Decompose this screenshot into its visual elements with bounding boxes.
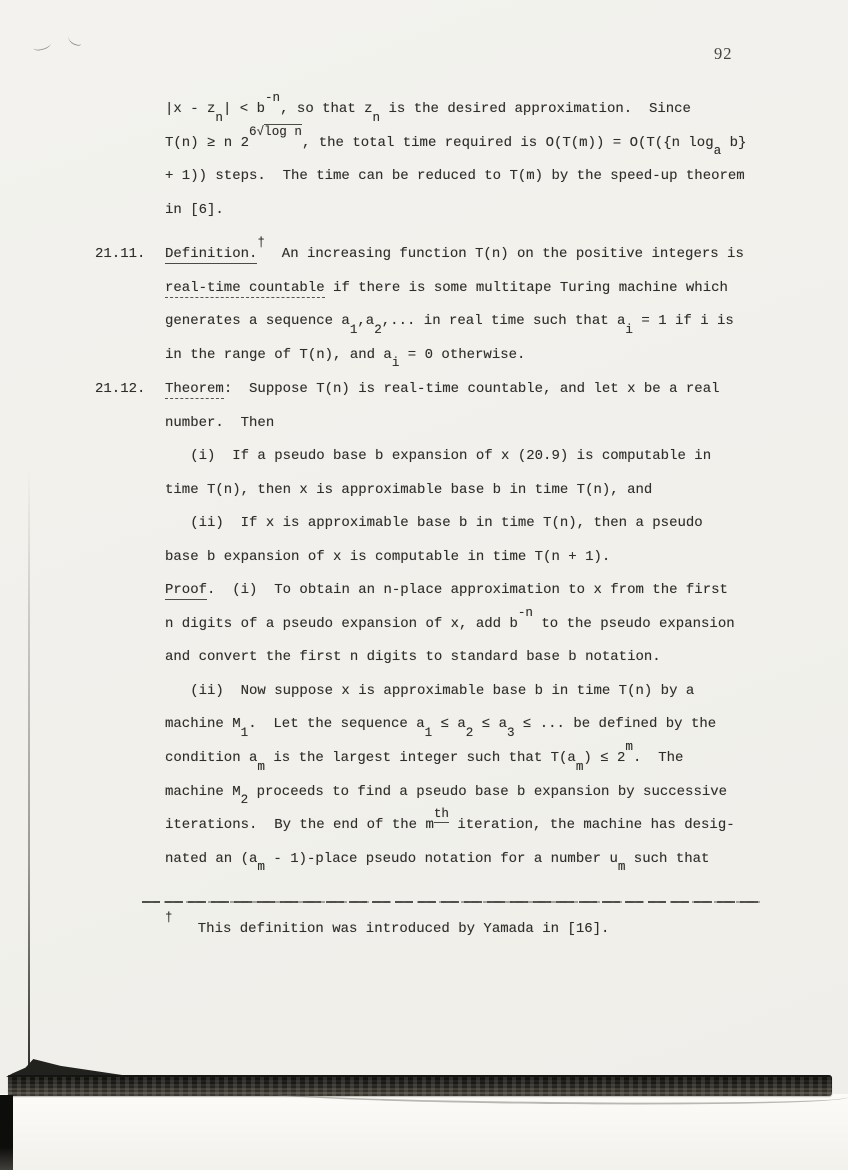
text-line: number. Then: [165, 407, 805, 441]
definition-21-11: 21.11. Definition.† An increasing functi…: [95, 238, 805, 372]
text-line: Theorem: Suppose T(n) is real-time count…: [165, 373, 805, 407]
text-line: |x - zn| < b-n, so that zn is the desire…: [165, 93, 805, 127]
text-line: time T(n), then x is approximable base b…: [165, 474, 805, 508]
footnote-rule: [142, 901, 760, 903]
text-line: T(n) ≥ n 26√log n, the total time requir…: [165, 127, 805, 161]
text-line: machine M1. Let the sequence a1 ≤ a2 ≤ a…: [165, 708, 805, 742]
text-line: nated an (am - 1)-place pseudo notation …: [165, 843, 805, 877]
scan-bottom-margin: [0, 1094, 848, 1170]
text-line: and convert the first n digits to standa…: [165, 641, 805, 675]
scanned-paper-page: 92 |x - zn| < b-n, so that zn is the des…: [0, 0, 848, 1170]
paragraph-lines: Definition.† An increasing function T(n)…: [165, 238, 805, 372]
text-line: (ii) Now suppose x is approximable base …: [165, 675, 805, 709]
paragraph-continuation: |x - zn| < b-n, so that zn is the desire…: [95, 93, 805, 227]
pencil-mark-icon: [67, 33, 83, 46]
binding-gutter-line: [28, 468, 30, 1076]
text-line: machine M2 proceeds to find a pseudo bas…: [165, 776, 805, 810]
paragraph-lines: Theorem: Suppose T(n) is real-time count…: [165, 373, 805, 876]
text-line: in [6].: [165, 194, 805, 228]
text-line: condition am is the largest integer such…: [165, 742, 805, 776]
text-line: (ii) If x is approximable base b in time…: [165, 507, 805, 541]
text-line: + 1)) steps. The time can be reduced to …: [165, 160, 805, 194]
scan-edge-strip: [0, 1095, 13, 1170]
text-line: Definition.† An increasing function T(n)…: [165, 238, 805, 272]
text-line: in the range of T(n), and ai = 0 otherwi…: [165, 339, 805, 373]
section-number: 21.12.: [95, 373, 145, 407]
text-line: generates a sequence a1,a2,... in real t…: [165, 305, 805, 339]
text-line: (i) If a pseudo base b expansion of x (2…: [165, 440, 805, 474]
text-line: iterations. By the end of the mth iterat…: [165, 809, 805, 843]
text-line: Proof. (i) To obtain an n-place approxim…: [165, 574, 805, 608]
text-line: n digits of a pseudo expansion of x, add…: [165, 608, 805, 642]
footnote: † This definition was introduced by Yama…: [165, 913, 609, 947]
page-number: 92: [714, 44, 733, 64]
pencil-mark-icon: [32, 40, 51, 52]
text-line: real-time countable if there is some mul…: [165, 272, 805, 306]
text-line: base b expansion of x is computable in t…: [165, 541, 805, 575]
paragraph-lines: |x - zn| < b-n, so that zn is the desire…: [165, 93, 805, 227]
theorem-21-12: 21.12. Theorem: Suppose T(n) is real-tim…: [95, 373, 805, 876]
section-number: 21.11.: [95, 238, 145, 272]
